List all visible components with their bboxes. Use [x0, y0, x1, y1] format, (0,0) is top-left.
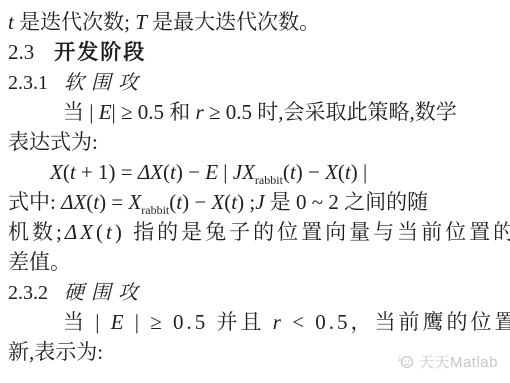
- text-segment: 机数;: [8, 220, 65, 244]
- para-expression-label: 表达式为:: [8, 127, 506, 157]
- text-segment: (: [63, 160, 70, 184]
- para-formula-explanation-3: 差值。: [8, 247, 506, 277]
- document-page: t 是迭代次数; T 是最大迭代次数。2.3开发阶段2.3.1软围攻当 | E|…: [0, 0, 510, 383]
- text-segment: 和: [169, 100, 195, 124]
- text-segment: 硬围攻: [64, 282, 145, 304]
- text-segment: + 1) =: [76, 160, 138, 184]
- body-line-iterations: t 是迭代次数; T 是最大迭代次数。: [8, 7, 506, 37]
- text-segment: E: [111, 310, 127, 334]
- text-segment: r: [273, 310, 284, 334]
- text-segment: X: [50, 160, 63, 184]
- text-column: t 是迭代次数; T 是最大迭代次数。2.3开发阶段2.3.1软围攻当 | E|…: [8, 7, 506, 367]
- text-segment: 2.3.2: [8, 282, 48, 304]
- text-segment: | ≥ 0.5: [127, 310, 217, 334]
- text-segment: ) −: [176, 160, 205, 184]
- text-segment: ≥ 0.5: [204, 100, 258, 124]
- para-formula-explanation-2: 机数;ΔX(t) 指的是兔子的位置向量与当前位置的: [8, 217, 506, 247]
- text-segment: ) −: [296, 160, 325, 184]
- formula-soft-besiege: X(t + 1) = ΔX(t) − E | JXrabbit(t) − X(t…: [8, 157, 506, 187]
- text-segment: 表达式为:: [8, 130, 98, 154]
- text-segment: 当 |: [63, 310, 111, 334]
- text-segment: 2.3.1: [8, 72, 48, 94]
- text-segment: r: [196, 100, 204, 124]
- text-segment: ) −: [182, 190, 211, 214]
- text-segment: E: [205, 160, 218, 184]
- text-segment: |: [218, 160, 233, 184]
- text-segment: 差值。: [8, 250, 71, 274]
- text-segment: X: [325, 160, 338, 184]
- text-segment: 并且: [217, 310, 273, 334]
- heading-2-3-2-hard-besiege: 2.3.2硬围攻: [8, 277, 506, 307]
- text-segment: (: [96, 220, 106, 244]
- text-segment: JX: [233, 160, 255, 184]
- para-soft-besiege-condition: 当 | E| ≥ 0.5 和 r ≥ 0.5 时,会采取此策略,数学: [8, 97, 506, 127]
- text-segment: (: [163, 160, 170, 184]
- text-segment: X: [211, 190, 224, 214]
- text-segment: ): [115, 220, 125, 244]
- watermark-label: 天天Matlab: [419, 351, 498, 372]
- text-segment: J: [255, 190, 264, 214]
- text-segment: 当前鹰的位置更: [375, 310, 510, 334]
- para-formula-explanation-1: 式中: ΔX(t) = Xrabbit(t) − X(t) ;J 是 0 ~ 2…: [8, 187, 506, 217]
- text-segment: 软围攻: [64, 72, 145, 94]
- watermark: 天天Matlab: [397, 351, 498, 372]
- face-logo-icon: [397, 353, 414, 370]
- text-segment: 2.3: [8, 40, 34, 64]
- text-segment: ΔX: [65, 220, 96, 244]
- text-segment: (: [283, 160, 290, 184]
- heading-2-3-1-soft-besiege: 2.3.1软围攻: [8, 67, 506, 97]
- text-segment: ) |: [351, 160, 367, 184]
- text-segment: 是最大迭代次数。: [147, 10, 320, 34]
- text-segment: ΔX: [61, 190, 86, 214]
- heading-2-3-development-phase: 2.3开发阶段: [8, 37, 506, 67]
- text-segment: 是迭代次数;: [14, 10, 135, 34]
- text-segment: ) =: [99, 190, 128, 214]
- text-segment: 时,会采取此策略,数学: [257, 100, 457, 124]
- text-segment: X: [128, 190, 141, 214]
- text-segment: t: [106, 220, 115, 244]
- text-segment: T: [135, 10, 147, 34]
- text-segment: ) ;: [237, 190, 255, 214]
- text-segment: ΔX: [138, 160, 163, 184]
- text-segment: rabbit: [255, 173, 283, 187]
- text-segment: rabbit: [141, 203, 169, 217]
- text-segment: (: [338, 160, 345, 184]
- text-segment: < 0.5，: [284, 310, 375, 334]
- text-segment: E: [99, 100, 112, 124]
- text-segment: 开发阶段: [54, 41, 146, 64]
- para-hard-besiege-condition: 当 | E | ≥ 0.5 并且 r < 0.5，当前鹰的位置更: [8, 307, 506, 337]
- text-segment: 新,表示为:: [8, 340, 103, 364]
- text-segment: 式中:: [8, 190, 61, 214]
- text-segment: 当 |: [63, 100, 99, 124]
- text-segment: 指的是兔子的位置向量与当前位置的: [125, 220, 510, 244]
- text-segment: 是 0 ~ 2 之间的随: [265, 190, 429, 214]
- text-segment: | ≥ 0.5: [112, 100, 170, 124]
